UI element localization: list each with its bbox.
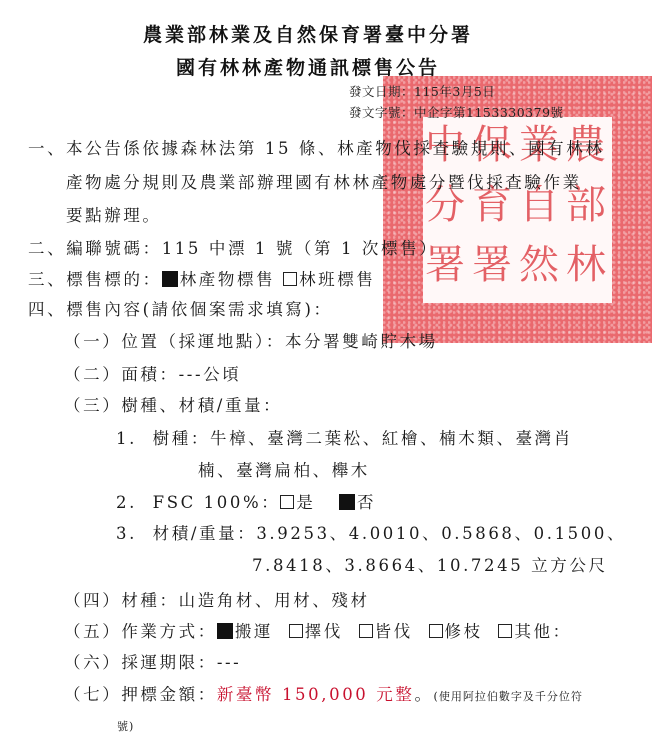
seal-char: 然 [517, 243, 561, 287]
section-4: 四、標售內容(請依個案需求填寫)： [28, 300, 333, 320]
item-operation-method: （五）作業方式：搬運 擇伐 皆伐 修枝 其他： [64, 622, 572, 642]
section-2: 二、編聯號碼：115 中漂 1 號（第 1 次標售） [28, 239, 438, 259]
item-label: 面積： [121, 365, 178, 384]
section-4-label: 標售內容(請依個案需求填寫)： [66, 300, 332, 319]
volume-weight-continued: 7.8418、3.8664、10.7245 立方公尺 [252, 556, 608, 576]
option-forest-product-sale: 林產物標售 [180, 270, 276, 289]
option-transport: 搬運 [235, 622, 273, 641]
doc-no-value: 中企字第1153330379號 [414, 105, 564, 120]
tree-species: 1. 樹種：牛樟、臺灣二葉松、紅檜、楠木類、臺灣肖 [116, 429, 573, 449]
item-label: 樹種、材積/重量： [121, 396, 282, 415]
issue-date-value: 115年3月5日 [414, 84, 495, 99]
sub-value: 3.9253、4.0010、0.5868、0.1500、 [256, 524, 626, 543]
sub-number: 3. [116, 524, 137, 543]
section-3: 三、標售標的：林產物標售 林班標售 [28, 270, 375, 290]
section-1-line: 產物處分規則及農業部辦理國有林林產物處分暨伐採查驗作業 [66, 173, 582, 193]
deposit-amount: 新臺幣 150,000 元整 [217, 685, 415, 704]
option-forest-compartment-sale: 林班標售 [299, 270, 375, 289]
doc-no-label: 發文字號： [349, 105, 414, 120]
item-area: （二）面積：---公頃 [64, 365, 241, 385]
fsc-certification: 2. FSC 100%：是 否 [116, 493, 376, 513]
item-label: 押標金額： [121, 685, 217, 704]
checkbox-fsc-yes[interactable] [280, 495, 294, 509]
section-2-value: 115 中漂 1 號（第 1 次標售） [162, 239, 439, 258]
option-fsc-no: 否 [357, 493, 376, 512]
item-number: （七） [64, 685, 121, 704]
tree-species-continued: 楠、臺灣扁柏、櫸木 [198, 461, 370, 481]
item-number: （三） [64, 396, 121, 415]
section-2-number: 二、 [28, 239, 66, 258]
sub-number: 1. [116, 429, 137, 448]
sub-number: 2. [116, 493, 137, 512]
item-number: （四） [64, 591, 121, 610]
option-pruning: 修枝 [445, 622, 483, 641]
item-bid-deposit: （七）押標金額：新臺幣 150,000 元整。(使用阿拉伯數字及千分位符 [64, 685, 583, 707]
item-location: （一）位置（採運地點）：本分署雙崎貯木場 [64, 332, 438, 352]
deposit-note-continued: 號) [117, 718, 134, 734]
option-clear-cutting: 皆伐 [375, 622, 413, 641]
period: 。 [414, 685, 433, 704]
sub-label: 樹種： [153, 429, 210, 448]
document-number: 發文字號：中企字第1153330379號 [349, 103, 564, 121]
option-selective-cutting: 擇伐 [305, 622, 343, 641]
item-label: 作業方式： [121, 622, 217, 641]
checkbox-pruning[interactable] [429, 624, 443, 638]
item-harvest-period: （六）採運期限：--- [64, 653, 241, 673]
checkbox-clear-cutting[interactable] [359, 624, 373, 638]
item-number: （六） [64, 653, 121, 672]
sub-label: 材積/重量： [153, 524, 257, 543]
item-timber-type: （四）材種：山造角材、用材、殘材 [64, 591, 370, 611]
deposit-note: (使用阿拉伯數字及千分位符 [434, 690, 583, 703]
section-1-number: 一、 [28, 139, 66, 159]
seal-char: 署 [470, 243, 514, 287]
checkbox-fsc-no[interactable] [339, 494, 355, 510]
issue-date-label: 發文日期： [349, 84, 414, 99]
section-3-label: 標售標的： [66, 270, 162, 289]
section-3-number: 三、 [28, 270, 66, 289]
checkbox-forest-compartment-sale[interactable] [283, 272, 297, 286]
item-value: --- [217, 653, 242, 672]
checkbox-forest-product-sale[interactable] [162, 271, 178, 287]
seal-char: 林 [564, 243, 608, 287]
agency-title: 農業部林業及自然保育署臺中分署 [143, 20, 473, 47]
section-4-number: 四、 [28, 300, 66, 319]
volume-weight: 3. 材積/重量：3.9253、4.0010、0.5868、0.1500、 [116, 524, 626, 544]
option-fsc-yes: 是 [296, 493, 315, 512]
item-label: 位置（採運地點）： [121, 332, 285, 351]
item-value: ---公頃 [179, 365, 242, 384]
option-other: 其他： [514, 622, 571, 641]
checkbox-other[interactable] [498, 624, 512, 638]
section-1-line: 要點辦理。 [66, 206, 162, 226]
checkbox-transport[interactable] [217, 623, 233, 639]
sub-value: 牛樟、臺灣二葉松、紅檜、楠木類、臺灣肖 [210, 429, 573, 448]
item-number: （五） [64, 622, 121, 641]
item-number: （一） [64, 332, 121, 351]
sub-label: FSC 100%： [153, 493, 281, 512]
item-label: 採運期限： [121, 653, 217, 672]
item-species-volume: （三）樹種、材積/重量： [64, 396, 282, 416]
item-value: 本分署雙崎貯木場 [285, 332, 438, 351]
item-value: 山造角材、用材、殘材 [179, 591, 370, 610]
section-2-label: 編聯號碼： [66, 239, 162, 258]
section-1-line: 本公告係依據森林法第 15 條、林產物伐採查驗規則、國有林林 [66, 139, 605, 159]
item-label: 材種： [121, 591, 178, 610]
checkbox-selective-cutting[interactable] [289, 624, 303, 638]
item-number: （二） [64, 365, 121, 384]
issue-date: 發文日期：115年3月5日 [349, 82, 495, 100]
